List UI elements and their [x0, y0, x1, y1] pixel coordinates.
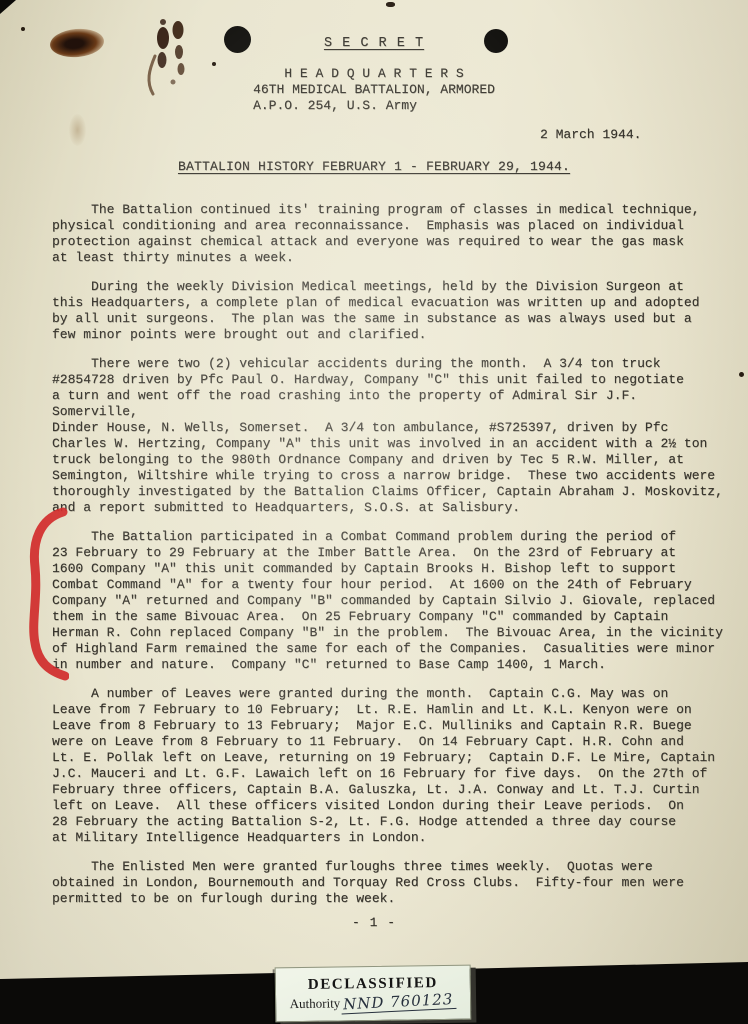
hole-punch-icon: [484, 29, 508, 53]
ink-stain: [49, 27, 105, 60]
paragraph-medical-meetings: During the weekly Division Medical meeti…: [52, 279, 730, 343]
document-date: 2 March 1944.: [540, 127, 641, 142]
paper-speck: [386, 2, 395, 7]
paragraph-combat-command-problem: The Battalion participated in a Combat C…: [52, 529, 730, 673]
document-body: The Battalion continued its' training pr…: [52, 202, 730, 920]
paper-sheet: S E C R E T H E A D Q U A R T E R S 46TH…: [0, 0, 748, 1024]
scanned-document-photo: S E C R E T H E A D Q U A R T E R S 46TH…: [0, 0, 748, 1024]
paragraph-training: The Battalion continued its' training pr…: [52, 202, 730, 266]
paragraph-vehicular-accidents: There were two (2) vehicular accidents d…: [52, 356, 730, 516]
page-number: - 1 -: [0, 915, 748, 930]
letterhead-apo: A.P.O. 254, U.S. Army: [253, 98, 495, 114]
ink-stain: [69, 114, 86, 146]
hole-punch-icon: [224, 26, 251, 53]
paper-speck: [21, 27, 25, 31]
classification-heading: S E C R E T: [0, 36, 748, 51]
ink-stain: [140, 14, 200, 100]
declassified-stamp: DECLASSIFIED Authority NND 760123: [275, 965, 472, 1023]
paper-speck: [212, 62, 216, 66]
letterhead-unit: 46TH MEDICAL BATTALION, ARMORED: [253, 82, 495, 98]
declassified-stamp-title: DECLASSIFIED: [308, 975, 438, 994]
paragraph-leaves: A number of Leaves were granted during t…: [52, 686, 730, 846]
paper-speck: [739, 372, 744, 377]
document-title: BATTALION HISTORY FEBRUARY 1 - FEBRUARY …: [0, 159, 748, 174]
authority-number-handwritten: NND 760123: [341, 989, 457, 1014]
authority-label: Authority: [290, 994, 341, 1013]
red-bracket-annotation: [25, 505, 69, 683]
paragraph-furloughs: The Enlisted Men were granted furloughs …: [52, 859, 730, 907]
letterhead-headquarters: H E A D Q U A R T E R S: [253, 66, 495, 82]
declassified-stamp-authority-row: Authority NND 760123: [290, 991, 457, 1012]
letterhead: H E A D Q U A R T E R S 46TH MEDICAL BAT…: [253, 66, 495, 114]
